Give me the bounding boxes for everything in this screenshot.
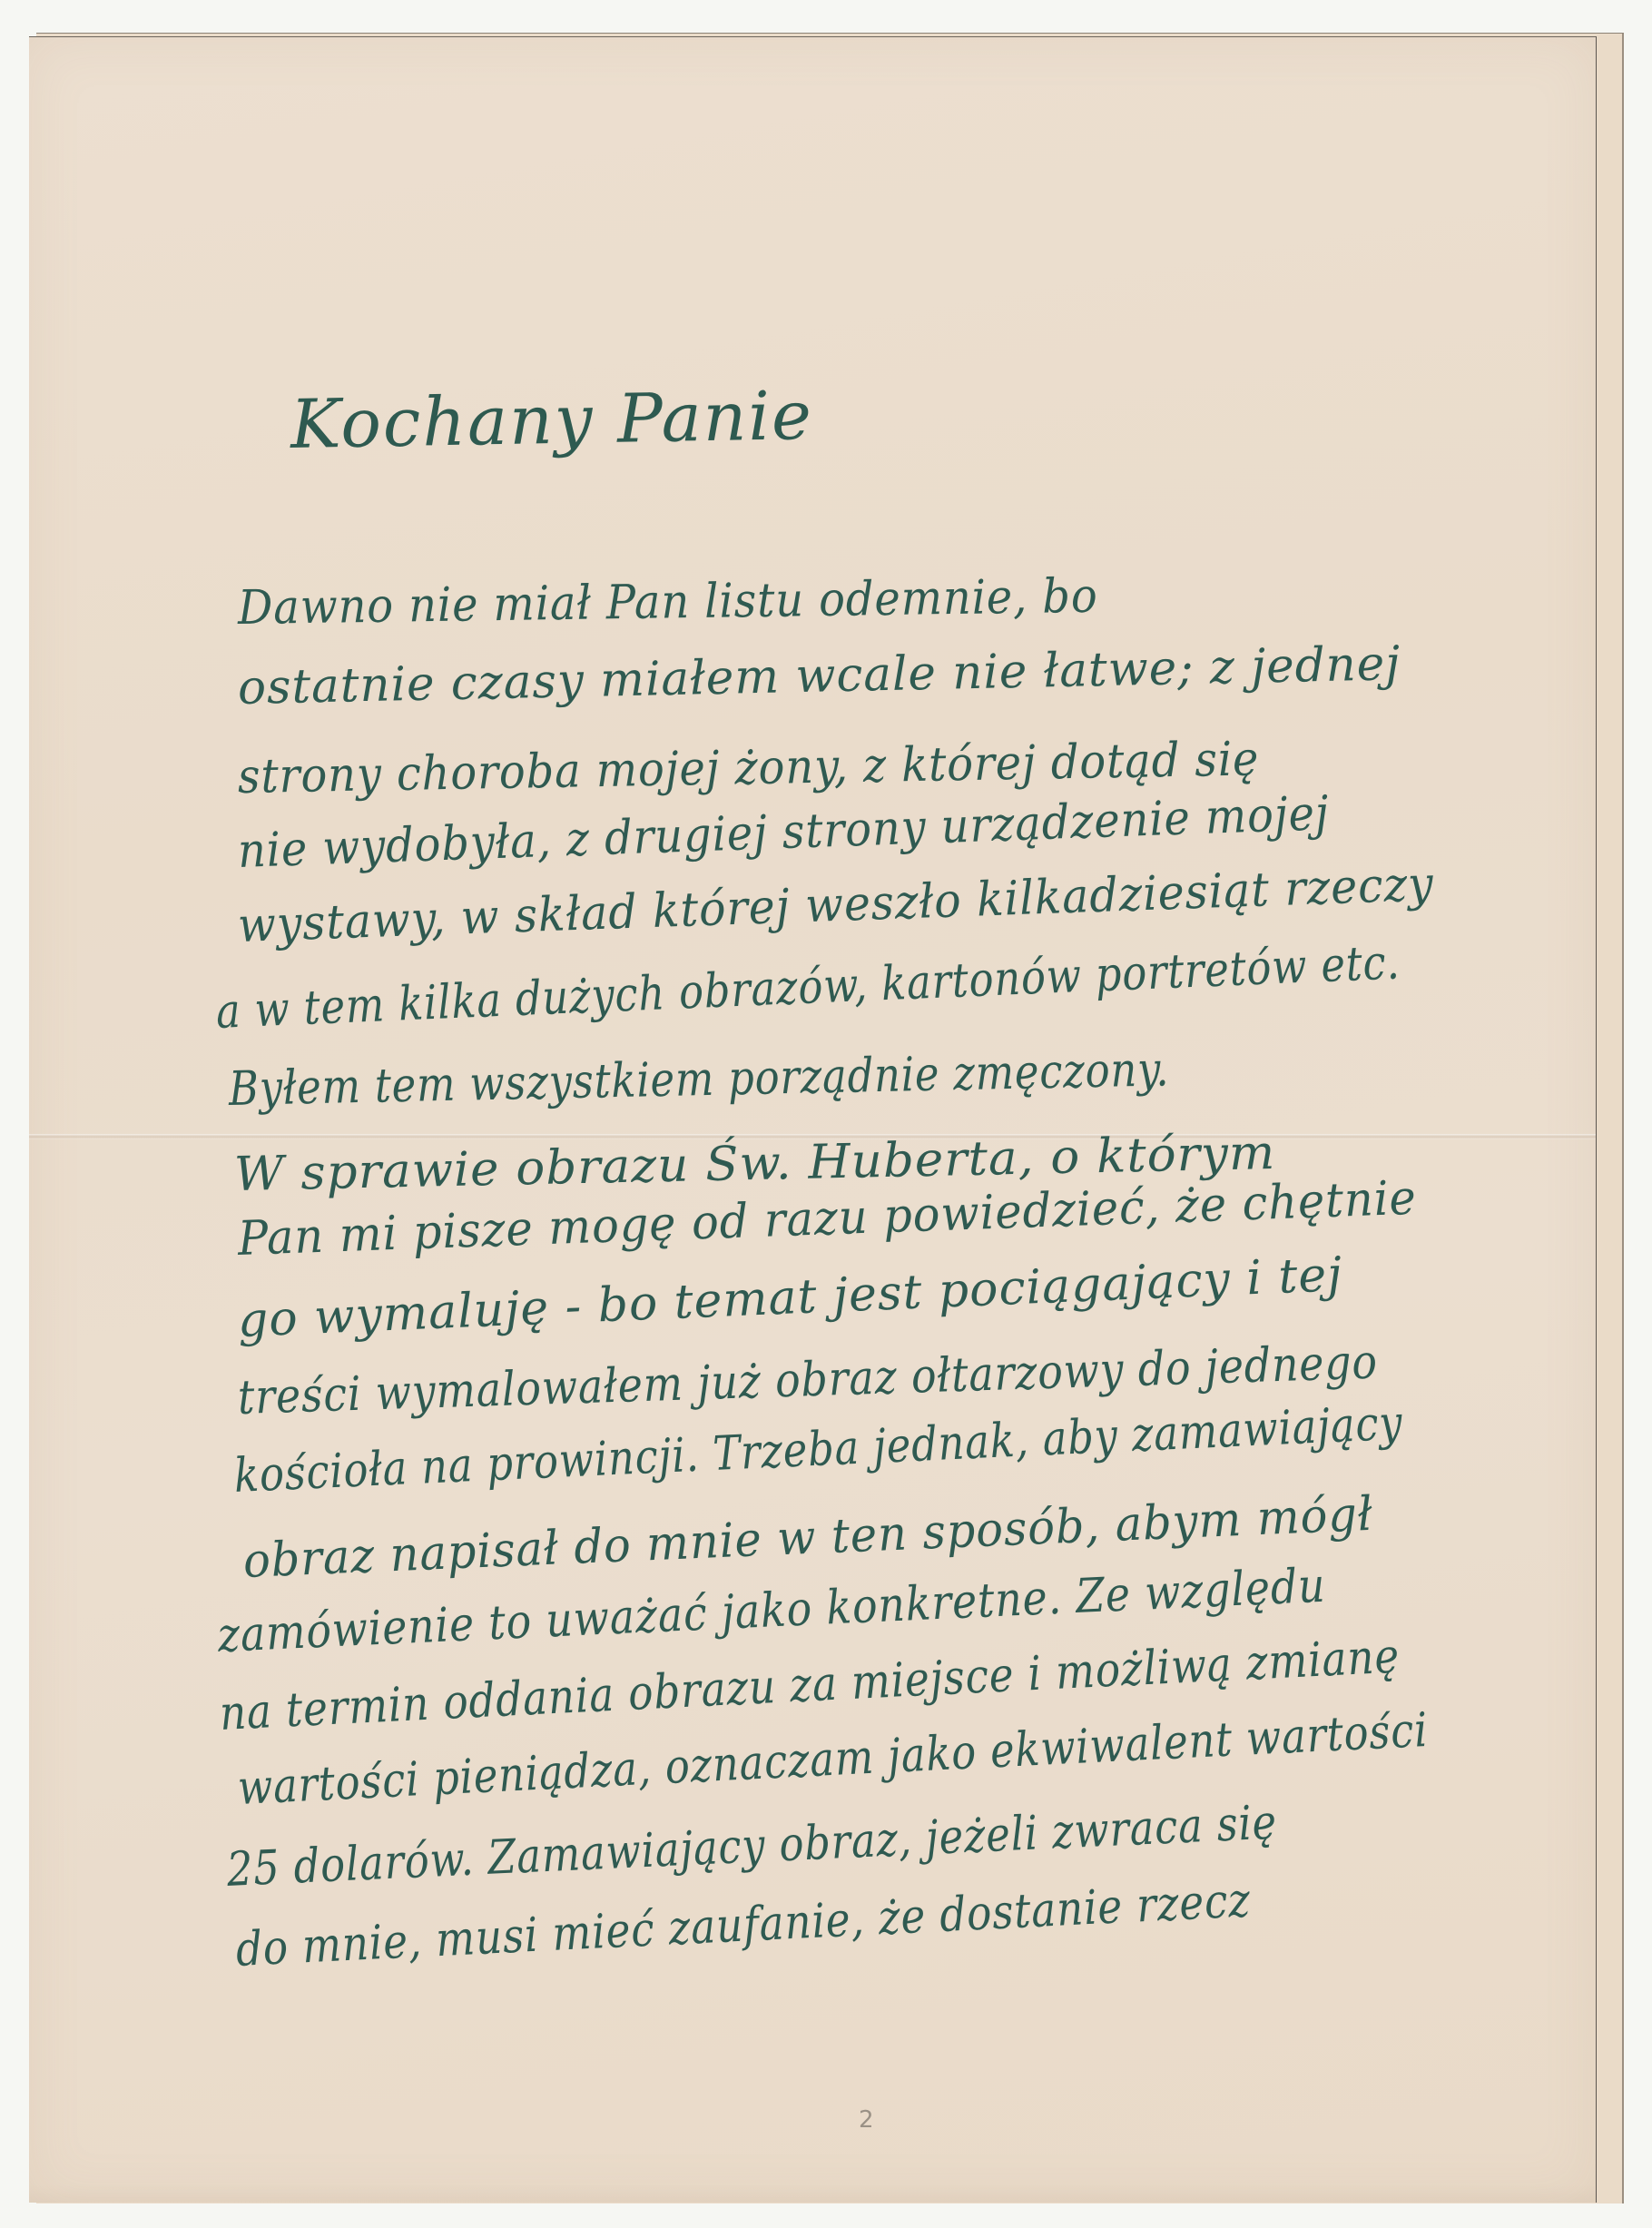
pencil-page-mark: 2 [859, 2106, 874, 2134]
letter-salutation: Kochany Panie [290, 377, 813, 464]
